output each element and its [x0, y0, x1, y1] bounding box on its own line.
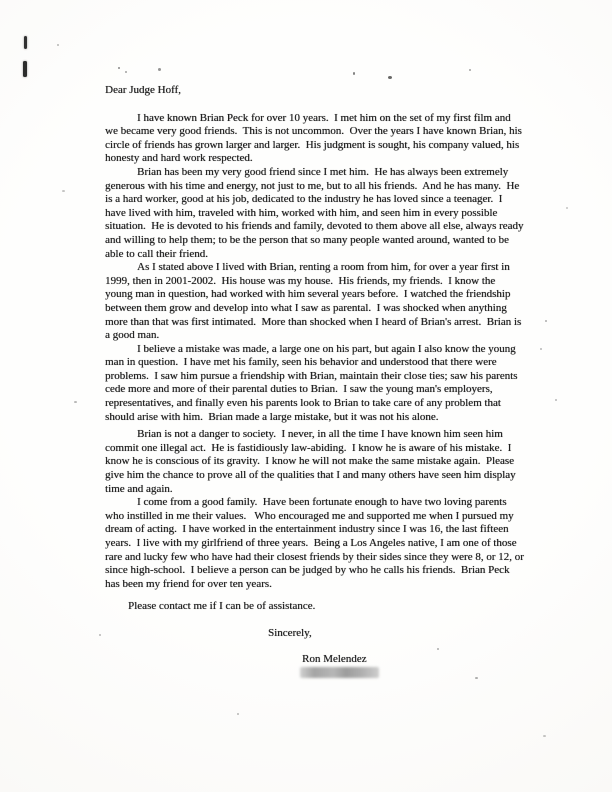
letter-paragraph: Brian is not a danger to society. I neve… — [105, 428, 524, 496]
speck — [74, 401, 77, 403]
speck — [57, 44, 59, 46]
speck — [62, 190, 65, 192]
ink-mark — [23, 61, 27, 77]
closing-request: Please contact me if I can be of assista… — [105, 600, 524, 614]
speck — [158, 68, 161, 71]
letter-paragraph: I believe a mistake was made, a large on… — [105, 343, 524, 425]
salutation: Dear Judge Hoff, — [105, 84, 524, 98]
letter-paragraph: Brian has been my very good friend since… — [105, 166, 524, 261]
speck — [566, 207, 568, 209]
letter-paragraph: As I stated above I lived with Brian, re… — [105, 261, 524, 343]
ink-mark — [24, 36, 27, 49]
signature-name: Ron Melendez — [302, 653, 524, 667]
speck — [469, 69, 471, 71]
speck — [543, 735, 546, 737]
speck — [237, 713, 239, 715]
speck — [353, 72, 355, 75]
speck — [99, 634, 101, 636]
redaction-blur — [300, 667, 379, 678]
valediction: Sincerely, — [268, 627, 524, 641]
speck — [555, 399, 557, 401]
letter-paragraph: I come from a good family. Have been for… — [105, 496, 524, 591]
speck — [125, 71, 127, 73]
letter-content: Dear Judge Hoff, I have known Brian Peck… — [105, 84, 524, 678]
letter-paragraph: I have known Brian Peck for over 10 year… — [105, 112, 524, 166]
speck — [545, 320, 547, 322]
speck — [118, 67, 120, 69]
letter-body: I have known Brian Peck for over 10 year… — [105, 112, 524, 592]
speck — [540, 348, 542, 350]
speck — [388, 76, 392, 79]
letter-page: Dear Judge Hoff, I have known Brian Peck… — [0, 0, 612, 792]
